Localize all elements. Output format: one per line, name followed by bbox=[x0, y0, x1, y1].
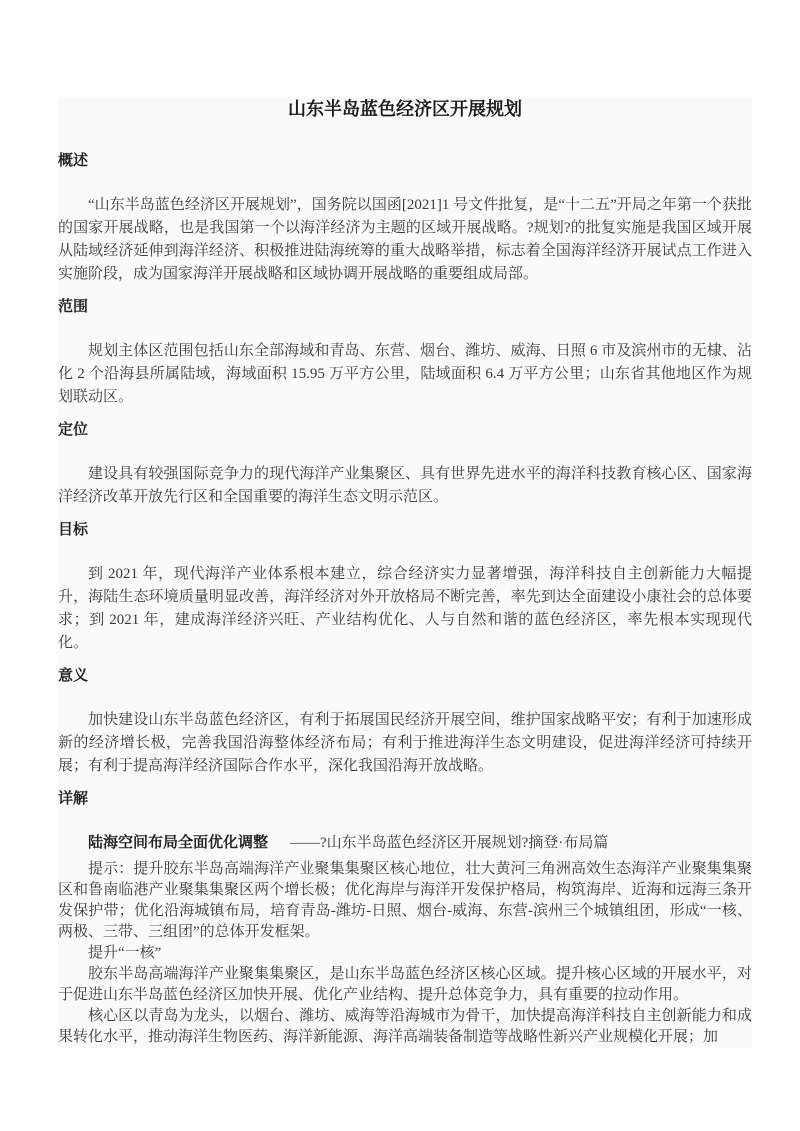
paragraph-details-core-label: 提升“一核” bbox=[58, 943, 752, 964]
paragraph-details-core-cities: 核心区以青岛为龙头，以烟台、潍坊、威海等沿海城市为骨干，加快提高海洋科技自主创新… bbox=[58, 1006, 752, 1048]
paragraph-goals: 到 2021 年，现代海洋产业体系根本建立，综合经济实力显著增强，海洋科技自主创… bbox=[58, 563, 752, 655]
section-heading-overview: 概述 bbox=[58, 152, 752, 170]
document-page: 山东半岛蓝色经济区开展规划 概述 “山东半岛蓝色经济区开展规划”，国务院以国函[… bbox=[58, 97, 752, 1048]
paragraph-details-core-desc: 胶东半岛高端海洋产业聚集集聚区，是山东半岛蓝色经济区核心区域。提升核心区域的开展… bbox=[58, 964, 752, 1006]
details-subtitle: 陆海空间布局全面优化调整——?山东半岛蓝色经济区开展规划?摘登·布局篇 bbox=[58, 832, 752, 855]
paragraph-positioning: 建设具有较强国际竞争力的现代海洋产业集聚区、具有世界先进水平的海洋科技教育核心区… bbox=[58, 463, 752, 509]
paragraph-details-hint: 提示：提升胶东半岛高端海洋产业聚集集聚区核心地位，壮大黄河三角洲高效生态海洋产业… bbox=[58, 859, 752, 943]
details-subtitle-lead: 陆海空间布局全面优化调整 bbox=[88, 835, 268, 851]
details-subtitle-source: ——?山东半岛蓝色经济区开展规划?摘登·布局篇 bbox=[290, 835, 608, 851]
section-heading-scope: 范围 bbox=[58, 298, 752, 316]
document-title: 山东半岛蓝色经济区开展规划 bbox=[58, 97, 752, 122]
section-heading-positioning: 定位 bbox=[58, 421, 752, 439]
section-heading-significance: 意义 bbox=[58, 667, 752, 685]
paragraph-overview: “山东半岛蓝色经济区开展规划”，国务院以国函[2021]1 号文件批复，是“十二… bbox=[58, 194, 752, 286]
section-heading-goals: 目标 bbox=[58, 521, 752, 539]
paragraph-significance: 加快建设山东半岛蓝色经济区，有利于拓展国民经济开展空间，维护国家战略平安；有利于… bbox=[58, 709, 752, 778]
section-heading-details: 详解 bbox=[58, 790, 752, 808]
paragraph-scope: 规划主体区范围包括山东全部海域和青岛、东营、烟台、潍坊、威海、日照 6 市及滨州… bbox=[58, 340, 752, 409]
